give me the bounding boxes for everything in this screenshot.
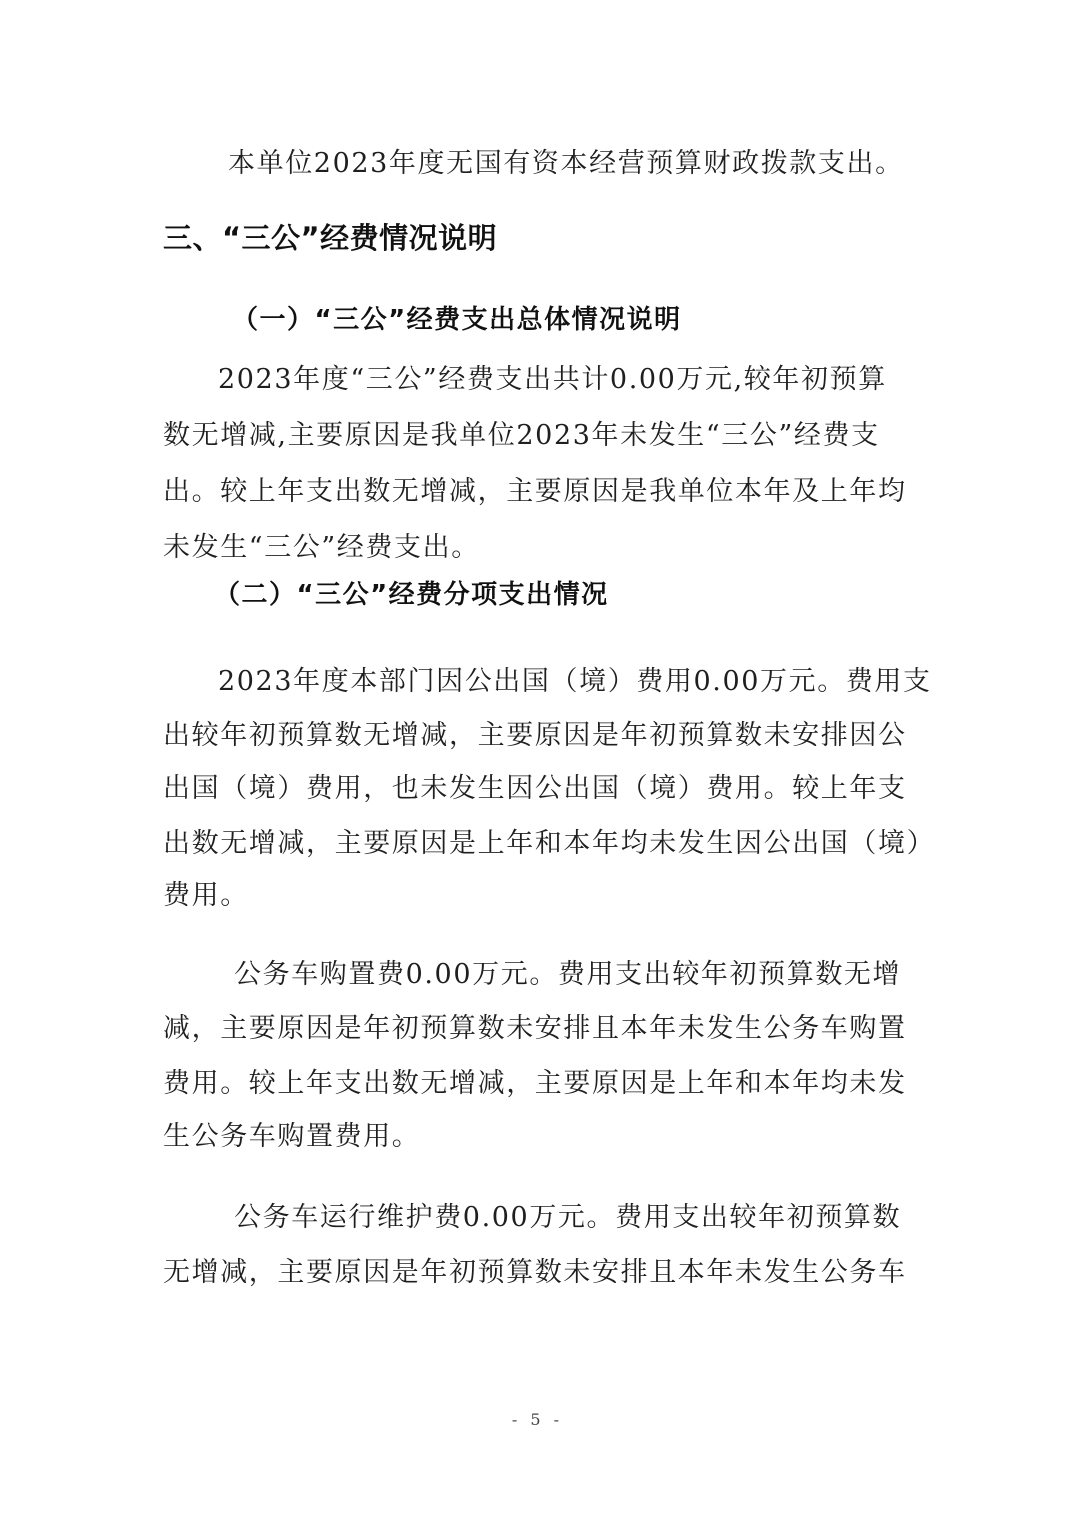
subsection-heading-2: （二）“三公”经费分项支出情况	[214, 577, 609, 613]
subsection-heading-1: （一）“三公”经费支出总体情况说明	[232, 302, 682, 338]
paragraph-line: 出数无增减，主要原因是上年和本年均未发生因公出国（境）	[163, 826, 935, 862]
paragraph-line: 出国（境）费用，也未发生因公出国（境）费用。较上年支	[163, 771, 907, 807]
page-number: - 5 -	[0, 1410, 1075, 1429]
document-page: 本单位2023年度无国有资本经营预算财政拨款支出。 三、“三公”经费情况说明 （…	[0, 0, 1075, 1520]
paragraph-line: 费用。	[163, 878, 249, 914]
paragraph-line: 公务车运行维护费0.00万元。费用支出较年初预算数	[234, 1200, 901, 1236]
paragraph-line: 2023年度本部门因公出国（境）费用0.00万元。费用支	[218, 664, 932, 700]
paragraph-line: 无增减，主要原因是年初预算数未安排且本年未发生公务车	[163, 1255, 907, 1291]
intro-line: 本单位2023年度无国有资本经营预算财政拨款支出。	[228, 146, 904, 182]
paragraph-line: 出。较上年支出数无增减，主要原因是我单位本年及上年均	[163, 474, 907, 510]
paragraph-line: 出较年初预算数无增减，主要原因是年初预算数未安排因公	[163, 718, 907, 754]
section-heading-three: 三、“三公”经费情况说明	[163, 220, 497, 256]
paragraph-line: 数无增减,主要原因是我单位2023年未发生“三公”经费支	[163, 418, 880, 454]
paragraph-line: 未发生“三公”经费支出。	[163, 530, 480, 566]
paragraph-line: 费用。较上年支出数无增减，主要原因是上年和本年均未发	[163, 1066, 907, 1102]
paragraph-line: 生公务车购置费用。	[163, 1119, 420, 1155]
paragraph-line: 2023年度“三公”经费支出共计0.00万元,较年初预算	[218, 362, 887, 398]
paragraph-line: 减，主要原因是年初预算数未安排且本年未发生公务车购置	[163, 1011, 907, 1047]
paragraph-line: 公务车购置费0.00万元。费用支出较年初预算数无增	[234, 957, 901, 993]
